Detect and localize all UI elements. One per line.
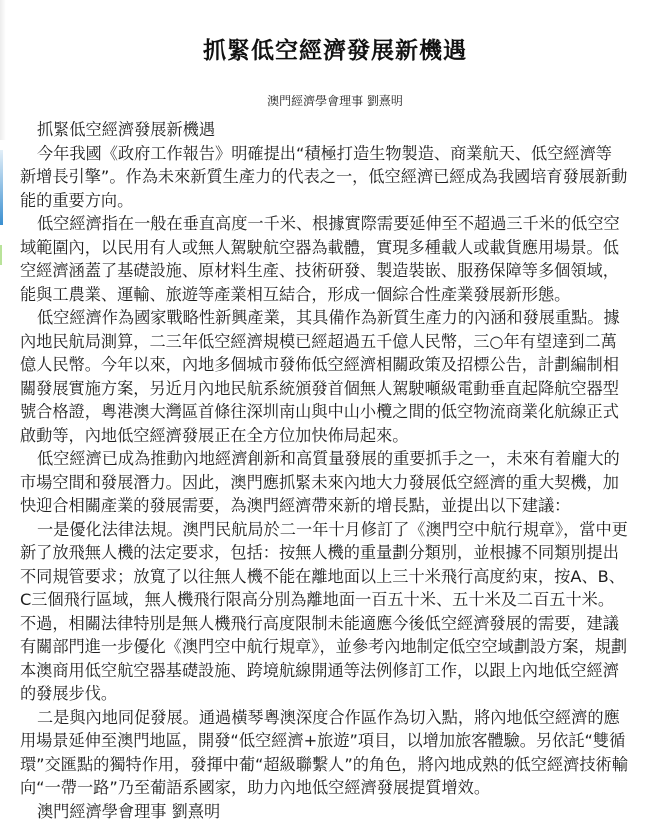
left-edge-blue-accent <box>0 150 3 225</box>
paragraph-signature: 澳門經濟學會理事 劉熹明 <box>20 800 628 824</box>
article-body: 抓緊低空經濟發展新機遇 今年我國《政府工作報告》明確提出“積極打造生物製造、商業… <box>20 118 628 823</box>
article-title: 抓緊低空經濟發展新機遇 <box>20 32 650 65</box>
paragraph-heading: 抓緊低空經濟發展新機遇 <box>20 118 628 142</box>
paragraph-definition: 低空經濟指在一般在垂直高度一千米、根據實際需要延伸至不超過三千米的低空空域範圍內… <box>20 212 628 306</box>
left-edge-shadow <box>0 0 6 140</box>
paragraph-suggestion-two: 二是與內地同促發展。通過橫琴粵澳深度合作區作為切入點，將內地低空經濟的應用場景延… <box>20 706 628 800</box>
article-byline: 澳門經濟學會理事 劉熹明 <box>20 92 650 109</box>
left-edge-green-accent <box>0 245 2 265</box>
paragraph-mainland-development: 低空經濟作為國家戰略性新興產業，其具備作為新質生產力的內涵和發展重點。據內地民航… <box>20 306 628 447</box>
paragraph-intro: 今年我國《政府工作報告》明確提出“積極打造生物製造、商業航天、低空經濟等新增長引… <box>20 142 628 213</box>
paragraph-macau-opportunity: 低空經濟已成為推動內地經濟創新和高質量發展的重要抓手之一，未來有着龐大的市場空間… <box>20 447 628 518</box>
paragraph-suggestion-one: 一是優化法律法規。澳門民航局於二一年十月修訂了《澳門空中航行規章》，當中更新了放… <box>20 518 628 706</box>
